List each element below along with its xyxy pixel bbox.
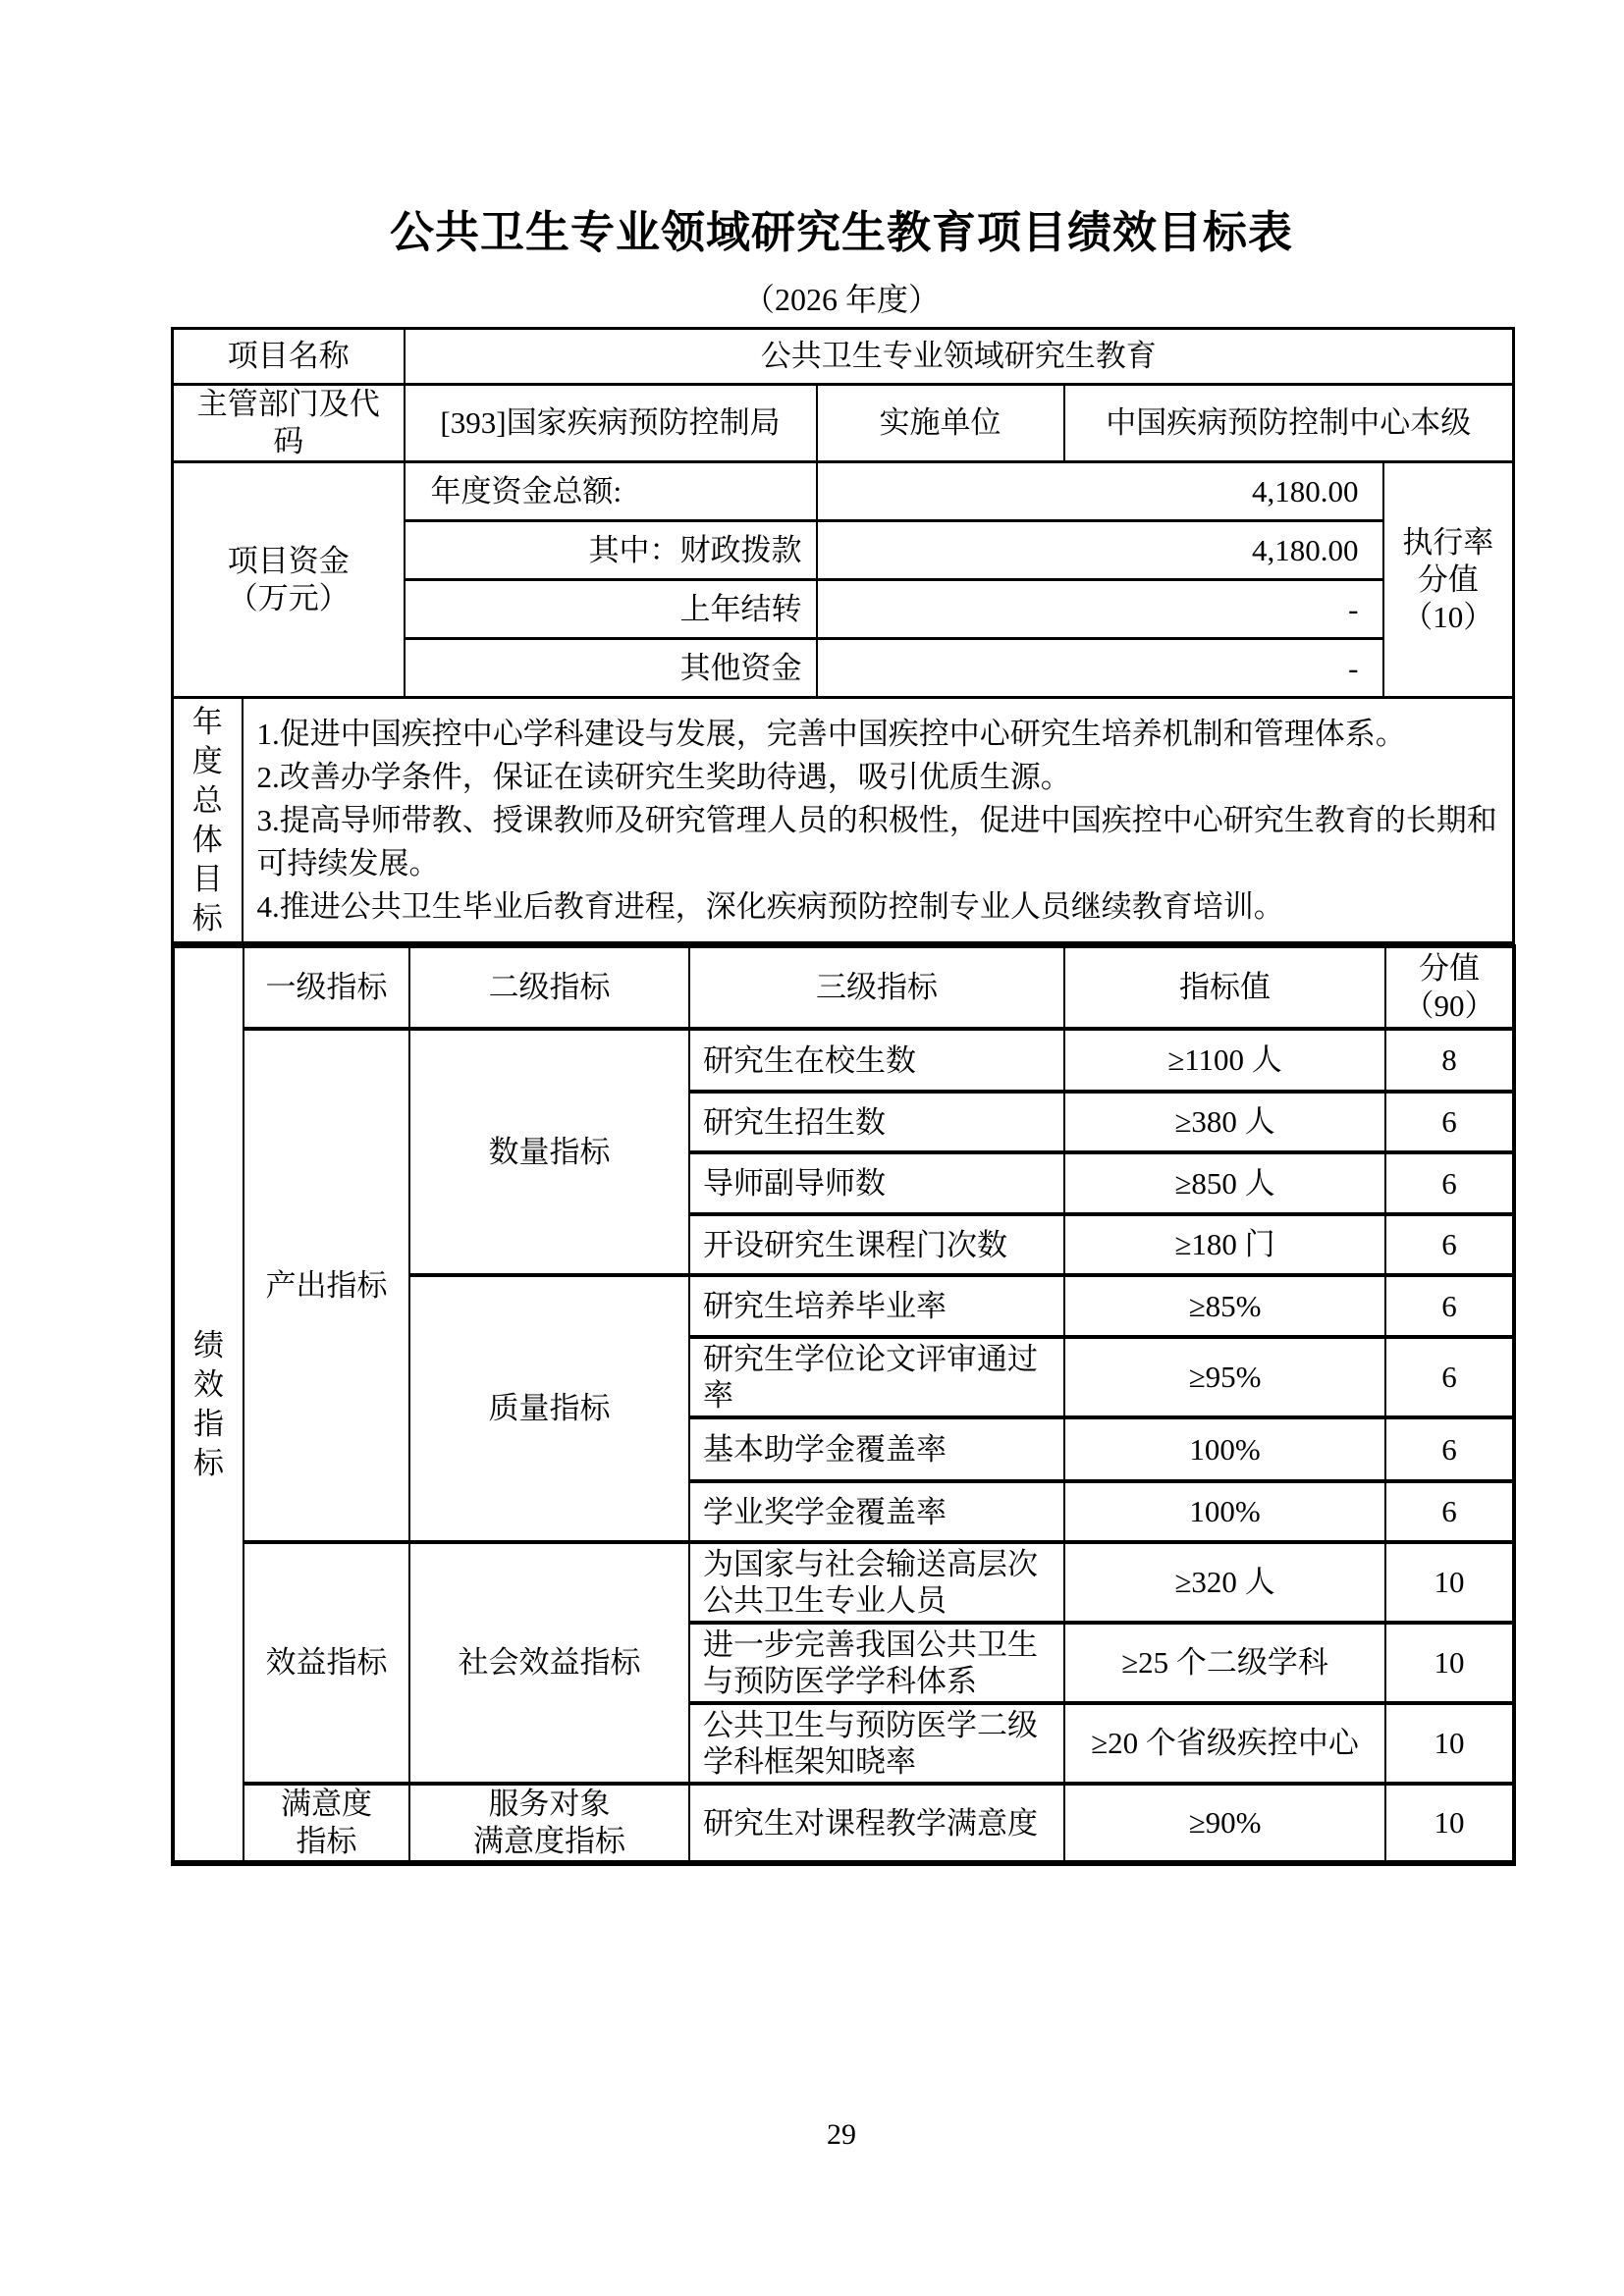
row-funding-total: 项目资金 （万元） 年度资金总额: 4,180.00 执行率 分值 （10） [173,462,1514,521]
page-subtitle: （2026 年度） [171,275,1512,320]
indicator-value: ≥20 个省级疾控中心 [1064,1703,1385,1784]
indicators-side-label: 绩效指标 [173,946,244,1863]
indicator-row: 效益指标 社会效益指标 为国家与社会输送高层次公共卫生专业人员 ≥320 人 1… [173,1542,1514,1623]
goal-item: 1.促进中国疾控中心学科建设与发展，完善中国疾控中心研究生培养机制和管理体系。 [257,713,1499,756]
level2-social-benefit: 社会效益指标 [409,1542,689,1784]
implementer-label: 实施单位 [817,385,1064,462]
header-level1: 一级指标 [244,946,409,1029]
project-info-table: 项目名称 公共卫生专业领域研究生教育 主管部门及代 码 [393]国家疾病预防控… [171,327,1515,944]
funding-carryover-label: 上年结转 [405,580,817,639]
funding-other-label: 其他资金 [405,639,817,698]
indicator-name: 研究生招生数 [689,1092,1064,1152]
funding-carryover-value: - [817,580,1383,639]
indicator-name: 研究生在校生数 [689,1029,1064,1092]
row-project-name: 项目名称 公共卫生专业领域研究生教育 [173,329,1514,385]
indicator-value: ≥320 人 [1064,1542,1385,1623]
header-level2: 二级指标 [409,946,689,1029]
indicator-value: ≥25 个二级学科 [1064,1623,1385,1703]
page-number: 29 [171,2118,1512,2152]
level2-quality: 质量指标 [409,1275,689,1542]
funding-total-value: 4,180.00 [817,462,1383,521]
indicator-value: ≥850 人 [1064,1152,1385,1214]
indicator-name: 基本助学金覆盖率 [689,1417,1064,1481]
indicator-value: 100% [1064,1417,1385,1481]
indicator-score: 6 [1385,1337,1514,1417]
level2-service-satisfaction: 服务对象 满意度指标 [409,1784,689,1863]
indicator-score: 6 [1385,1092,1514,1152]
funding-section-label: 项目资金 （万元） [173,462,405,698]
indicator-value: ≥180 门 [1064,1214,1385,1275]
indicator-score: 6 [1385,1152,1514,1214]
indicator-value: ≥95% [1064,1337,1385,1417]
implementer-value: 中国疾病预防控制中心本级 [1064,385,1514,462]
department-label: 主管部门及代 码 [173,385,405,462]
indicator-score: 8 [1385,1029,1514,1092]
page-title: 公共卫生专业领域研究生教育项目绩效目标表 [171,196,1512,260]
indicator-name: 开设研究生课程门次数 [689,1214,1064,1275]
indicator-score: 10 [1385,1784,1514,1863]
indicator-name: 研究生培养毕业率 [689,1275,1064,1337]
indicator-value: ≥1100 人 [1064,1029,1385,1092]
indicator-score: 6 [1385,1481,1514,1542]
annual-goals-side-label: 年度总体目标 [173,698,243,943]
goal-item: 3.提高导师带教、授课教师及研究管理人员的积极性，促进中国疾控中心研究生教育的长… [257,799,1499,885]
indicator-score: 6 [1385,1214,1514,1275]
indicator-value: 100% [1064,1481,1385,1542]
indicator-score: 6 [1385,1417,1514,1481]
header-score: 分值 （90） [1385,946,1514,1029]
indicator-name: 导师副导师数 [689,1152,1064,1214]
funding-total-label: 年度资金总额: [405,462,817,521]
project-name-label: 项目名称 [173,329,405,385]
level1-output: 产出指标 [244,1029,409,1542]
indicator-name: 为国家与社会输送高层次公共卫生专业人员 [689,1542,1064,1623]
indicator-name: 公共卫生与预防医学二级学科框架知晓率 [689,1703,1064,1784]
indicator-score: 10 [1385,1623,1514,1703]
funding-other-value: - [817,639,1383,698]
indicator-score: 6 [1385,1275,1514,1337]
annual-goals-content: 1.促进中国疾控中心学科建设与发展，完善中国疾控中心研究生培养机制和管理体系。 … [243,698,1514,943]
level2-quantity: 数量指标 [409,1029,689,1275]
indicator-row: 满意度 指标 服务对象 满意度指标 研究生对课程教学满意度 ≥90% 10 [173,1784,1514,1863]
row-annual-goals: 年度总体目标 1.促进中国疾控中心学科建设与发展，完善中国疾控中心研究生培养机制… [173,698,1514,943]
project-name-value: 公共卫生专业领域研究生教育 [405,329,1514,385]
header-level3: 三级指标 [689,946,1064,1029]
indicator-name: 进一步完善我国公共卫生与预防医学学科体系 [689,1623,1064,1703]
performance-indicators-table: 绩效指标 一级指标 二级指标 三级指标 指标值 分值 （90） 产出指标 数量指… [171,944,1516,1866]
department-value: [393]国家疾病预防控制局 [405,385,817,462]
indicator-score: 10 [1385,1703,1514,1784]
level1-benefit: 效益指标 [244,1542,409,1784]
indicator-value: ≥380 人 [1064,1092,1385,1152]
indicator-score: 10 [1385,1542,1514,1623]
indicator-value: ≥90% [1064,1784,1385,1863]
indicator-name: 研究生对课程教学满意度 [689,1784,1064,1863]
level1-satisfaction: 满意度 指标 [244,1784,409,1863]
row-department: 主管部门及代 码 [393]国家疾病预防控制局 实施单位 中国疾病预防控制中心本… [173,385,1514,462]
funding-fiscal-value: 4,180.00 [817,521,1383,580]
indicator-name: 学业奖学金覆盖率 [689,1481,1064,1542]
funding-fiscal-label: 其中：财政拨款 [405,521,817,580]
execution-rate-score-label: 执行率 分值 （10） [1383,462,1514,698]
header-value: 指标值 [1064,946,1385,1029]
goal-item: 2.改善办学条件，保证在读研究生奖助待遇，吸引优质生源。 [257,756,1499,799]
indicator-name: 研究生学位论文评审通过率 [689,1337,1064,1417]
indicator-row: 产出指标 数量指标 研究生在校生数 ≥1100 人 8 [173,1029,1514,1092]
indicators-header-row: 绩效指标 一级指标 二级指标 三级指标 指标值 分值 （90） [173,946,1514,1029]
goal-item: 4.推进公共卫生毕业后教育进程，深化疾病预防控制专业人员继续教育培训。 [257,885,1499,929]
indicator-value: ≥85% [1064,1275,1385,1337]
